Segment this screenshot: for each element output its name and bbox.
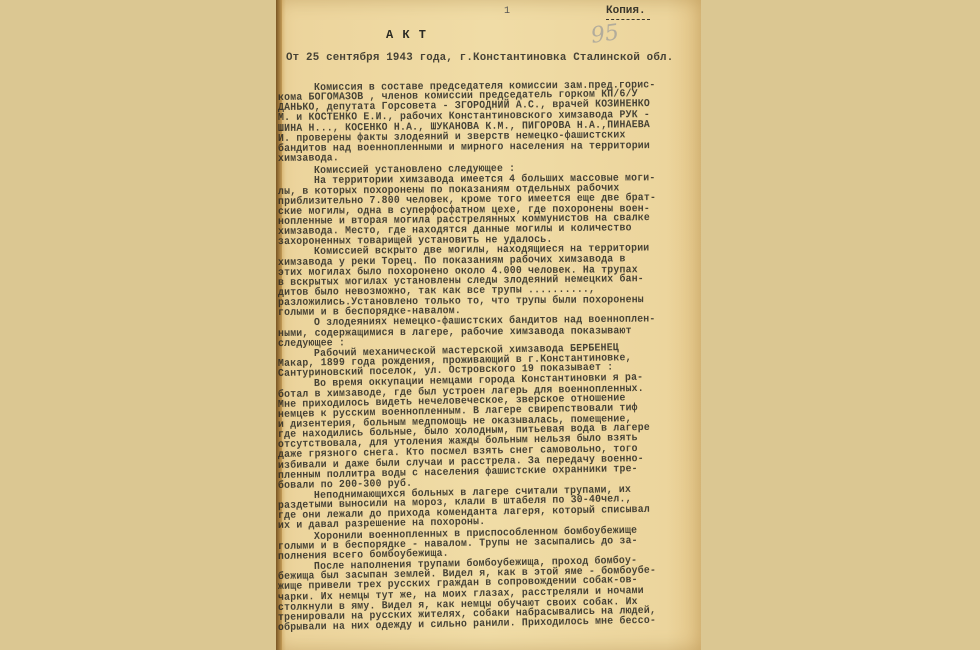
dateline: От 25 сентября 1943 года, г.Константинов… <box>286 52 673 64</box>
archival-document-page: 1 Копия. 95 А К Т От 25 сентября 1943 го… <box>276 0 701 650</box>
handwritten-page-number: 95 <box>589 20 620 49</box>
document-line: химзавода. <box>278 152 339 165</box>
top-mark: 1 <box>504 6 510 17</box>
document-title: А К Т <box>386 28 427 42</box>
copy-label: Копия. <box>606 5 646 17</box>
